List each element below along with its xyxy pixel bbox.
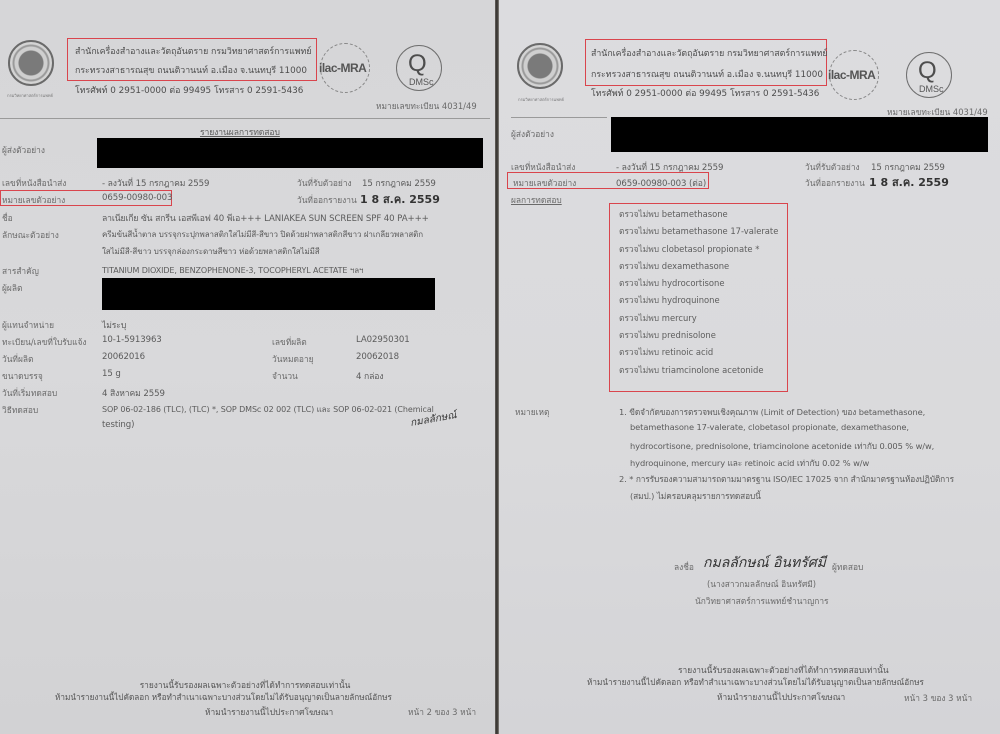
distributor-label: ผู้แทนจำหน่าย [2, 318, 54, 332]
appearance-line-2: ใสไม่มีสี-สีขาว บรรจุกล่องกระดาษสีขาว ห่… [102, 245, 320, 258]
result-substance: hydroquinone [662, 295, 720, 305]
result-row: ตรวจไม่พบ triamcinolone acetonide [619, 362, 778, 379]
received-date-value: 15 กรกฎาคม 2559 [362, 176, 436, 190]
registration-value: 10-1-5913963 [102, 335, 162, 345]
remark-2-line-1: 2. * การรับรองความสามารถตามมาตรฐาน ISO/I… [619, 472, 954, 486]
remark-1-line-1: 1. ขีดจำกัดของการตรวจพบเชิงคุณภาพ (Limit… [619, 405, 925, 419]
manufacturer-label: ผู้ผลิต [2, 281, 22, 295]
issue-date-stamp: 1 8 ส.ค. 2559 [869, 173, 949, 191]
ingredient-label: สารสำคัญ [2, 264, 39, 278]
result-row: ตรวจไม่พบ prednisolone [619, 327, 778, 344]
result-status: ตรวจไม่พบ [619, 313, 659, 323]
method-label: วิธีทดสอบ [2, 403, 38, 417]
remark-1-line-3: hydrocortisone, prednisolone, triamcinol… [630, 439, 934, 453]
result-substance: triamcinolone acetonide [662, 365, 764, 375]
remark-1-line-2: betamethasone 17-valerate, clobetasol pr… [630, 422, 909, 432]
start-date-value: 4 สิงหาคม 2559 [102, 386, 165, 400]
remarks-label: หมายเหตุ [515, 405, 549, 419]
result-status: ตรวจไม่พบ [619, 209, 659, 219]
mfg-date-label: วันที่ผลิต [2, 352, 33, 366]
quantity-label: จำนวน [272, 369, 298, 383]
result-status: ตรวจไม่พบ [619, 330, 659, 340]
letter-no-label: เลขที่หนังสือนำส่ง [2, 176, 66, 190]
result-status: ตรวจไม่พบ [619, 347, 659, 357]
footer-line-1: รายงานนี้รับรองผลเฉพาะตัวอย่างที่ได้ทำกา… [0, 678, 490, 692]
result-row: ตรวจไม่พบ dexamethasone [619, 258, 778, 275]
remark-2-line-2: (สมป.) ไม่ครอบคลุมรายการทดสอบนี้ [630, 489, 761, 503]
ilac-mra-label: ilac-MRA [319, 61, 366, 75]
org-address: กระทรวงสาธารณสุข ถนนติวานนท์ อ.เมือง จ.น… [75, 63, 307, 77]
result-substance: mercury [662, 313, 697, 323]
redacted-manufacturer [102, 278, 435, 310]
product-name-label: ชื่อ [2, 211, 13, 225]
lot-value: LA02950301 [356, 335, 410, 345]
ministry-seal-logo [8, 40, 54, 86]
report-page-2: กรมวิทยาศาสตร์การแพทย์ สำนักเครื่องสำอาง… [0, 0, 495, 734]
sample-no-value: 0659-00980-003 [102, 193, 172, 203]
ingredient-value: TITANIUM DIOXIDE, BENZOPHENONE-3, TOCOPH… [102, 264, 363, 277]
page-number: หน้า 2 ของ 3 หน้า [408, 705, 476, 719]
footer-line-3: ห้ามนำรายงานนี้ไปประกาศโฆษณา [205, 705, 333, 719]
result-substance: clobetasol propionate * [662, 244, 760, 254]
sample-no-label: หมายเลขตัวอย่าง [513, 176, 576, 190]
org-phone: โทรศัพท์ 0 2951-0000 ต่อ 99495 โทรสาร 0 … [591, 86, 819, 100]
result-row: ตรวจไม่พบ hydroquinone [619, 292, 778, 309]
issue-date-label: วันที่ออกรายงาน [805, 176, 865, 190]
method-line-2: testing) [102, 420, 134, 430]
received-date-label: วันที่รับตัวอย่าง [805, 160, 860, 174]
result-status: ตรวจไม่พบ [619, 278, 659, 288]
appearance-label: ลักษณะตัวอย่าง [2, 228, 59, 242]
ilac-mra-logo: ilac-MRA [829, 50, 879, 100]
footer-line-2: ห้ามนำรายงานนี้ไปคัดลอก หรือทำสำเนาเฉพาะ… [587, 676, 924, 689]
exp-date-label: วันหมดอายุ [272, 352, 314, 366]
start-date-label: วันที่เริ่มทดสอบ [2, 386, 57, 400]
pack-size-value: 15 g [102, 369, 121, 379]
redacted-sender [611, 117, 988, 152]
registration-number: หมายเลขทะเบียน 4031/49 [376, 99, 477, 113]
result-substance: betamethasone [662, 209, 728, 219]
registration-label: ทะเบียน/เลขที่ใบรับแจ้ง [2, 335, 87, 349]
sender-label: ผู้ส่งตัวอย่าง [2, 143, 45, 157]
ilac-mra-logo: ilac-MRA [320, 43, 370, 93]
issue-date-label: วันที่ออกรายงาน [297, 193, 357, 207]
sample-no-value: 0659-00980-003 (ต่อ) [616, 176, 706, 190]
report-title: รายงานผลการทดสอบ [200, 125, 280, 139]
page-number: หน้า 3 ของ 3 หน้า [904, 691, 972, 705]
received-date-label: วันที่รับตัวอย่าง [297, 176, 352, 190]
result-substance: retinoic acid [662, 347, 713, 357]
method-line-1: SOP 06-02-186 (TLC), (TLC) *, SOP DMSc 0… [102, 403, 434, 416]
result-substance: dexamethasone [662, 261, 729, 271]
quantity-value: 4 กล่อง [356, 369, 383, 383]
seal-caption: กรมวิทยาศาสตร์การแพทย์ [0, 92, 60, 99]
result-substance: prednisolone [662, 330, 716, 340]
received-date-value: 15 กรกฎาคม 2559 [871, 160, 945, 174]
results-list: ตรวจไม่พบ betamethasoneตรวจไม่พบ betamet… [619, 206, 778, 379]
result-status: ตรวจไม่พบ [619, 261, 659, 271]
dmsc-quality-logo: Q DMSc [906, 52, 952, 98]
result-status: ตรวจไม่พบ [619, 244, 659, 254]
footer-line-1: รายงานนี้รับรองผลเฉพาะตัวอย่างที่ได้ทำกา… [678, 663, 889, 677]
sender-label: ผู้ส่งตัวอย่าง [511, 127, 554, 141]
handwritten-signature: กมลลักษณ์ อินทรัศมี [703, 552, 826, 574]
appearance-line-1: ครีมข้นสีน้ำตาล บรรจุกระปุกพลาสติกใสไม่ม… [102, 228, 423, 241]
issue-date-stamp: 1 8 ส.ค. 2559 [360, 190, 440, 208]
header-divider [0, 118, 490, 119]
dmsc-quality-logo: Q DMSc [396, 45, 442, 91]
org-phone: โทรศัพท์ 0 2951-0000 ต่อ 99495 โทรสาร 0 … [75, 83, 303, 97]
report-page-3: กรมวิทยาศาสตร์การแพทย์ สำนักเครื่องสำอาง… [499, 0, 1000, 734]
sample-no-label: หมายเลขตัวอย่าง [2, 193, 65, 207]
result-row: ตรวจไม่พบ betamethasone 17-valerate [619, 223, 778, 240]
result-row: ตรวจไม่พบ clobetasol propionate * [619, 241, 778, 258]
dmsc-mark: DMSc [409, 77, 434, 87]
result-row: ตรวจไม่พบ betamethasone [619, 206, 778, 223]
q-mark: Q [408, 50, 427, 78]
footer-line-3: ห้ามนำรายงานนี้ไปประกาศโฆษณา [717, 690, 845, 704]
tester-title: นักวิทยาศาสตร์การแพทย์ชำนาญการ [695, 594, 829, 608]
result-status: ตรวจไม่พบ [619, 226, 659, 236]
signature-label: ลงชื่อ [674, 560, 694, 574]
result-row: ตรวจไม่พบ retinoic acid [619, 344, 778, 361]
ministry-seal-logo [517, 43, 563, 89]
result-substance: betamethasone 17-valerate [662, 226, 779, 236]
result-row: ตรวจไม่พบ mercury [619, 310, 778, 327]
org-name: สำนักเครื่องสำอางและวัตถุอันตราย กรมวิทย… [75, 44, 312, 58]
redacted-sender [97, 138, 483, 168]
result-row: ตรวจไม่พบ hydrocortisone [619, 275, 778, 292]
q-mark: Q [918, 57, 937, 85]
exp-date-value: 20062018 [356, 352, 399, 362]
ilac-mra-label: ilac-MRA [828, 68, 875, 82]
seal-caption: กรมวิทยาศาสตร์การแพทย์ [511, 96, 571, 103]
result-status: ตรวจไม่พบ [619, 365, 659, 375]
org-address: กระทรวงสาธารณสุข ถนนติวานนท์ อ.เมือง จ.น… [591, 67, 823, 81]
tester-role: ผู้ทดสอบ [832, 560, 863, 574]
result-substance: hydrocortisone [662, 278, 725, 288]
mfg-date-value: 20062016 [102, 352, 145, 362]
header-divider [511, 117, 607, 118]
lot-label: เลขที่ผลิต [272, 335, 307, 349]
product-name-value: ลาเนียเกีย ซัน สกรีน เอสพีเอฟ 40 พีเอ+++… [102, 211, 429, 225]
tester-name: (นางสาวกมลลักษณ์ อินทรัศมี) [707, 577, 816, 591]
pack-size-label: ขนาดบรรจุ [2, 369, 43, 383]
remark-1-line-4: hydroquinone, mercury และ retinoic acid … [630, 456, 869, 470]
results-heading: ผลการทดสอบ [511, 193, 562, 207]
letter-no-value: - ลงวันที่ 15 กรกฎาคม 2559 [102, 176, 209, 190]
org-name: สำนักเครื่องสำอางและวัตถุอันตราย กรมวิทย… [591, 46, 828, 60]
footer-line-2: ห้ามนำรายงานนี้ไปคัดลอก หรือทำสำเนาเฉพาะ… [55, 691, 392, 704]
result-status: ตรวจไม่พบ [619, 295, 659, 305]
dmsc-mark: DMSc [919, 84, 944, 94]
distributor-value: ไม่ระบุ [102, 318, 126, 332]
